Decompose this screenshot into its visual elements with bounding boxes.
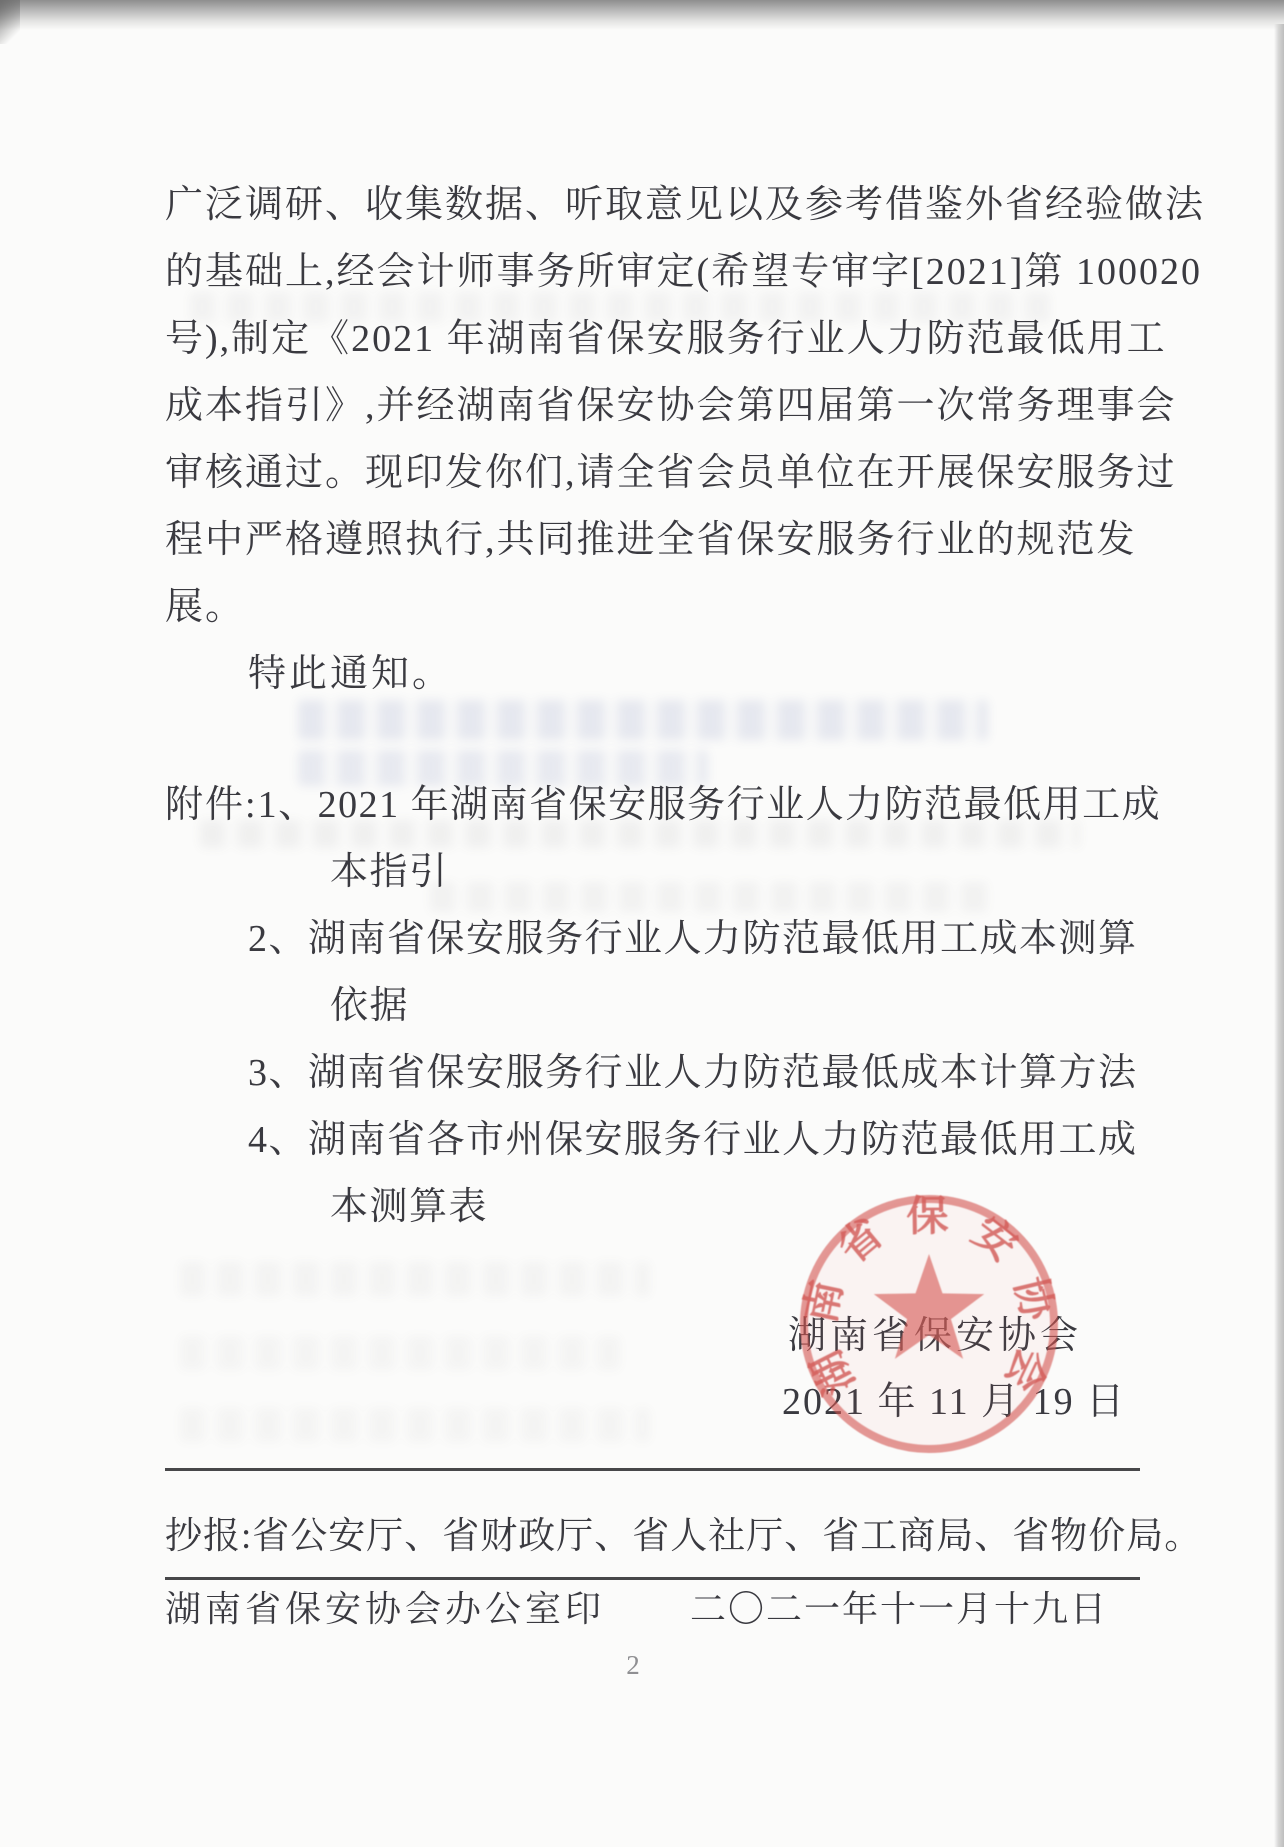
attachment-item-4-line-2: 本测算表 — [165, 1174, 1125, 1241]
issuing-office-line: 湖南省保安协会办公室印 — [165, 1585, 605, 1633]
body-line: 审核通过。现印发你们,请全省会员单位在开展保安服务过 — [165, 440, 1095, 507]
scan-edge-right — [1274, 24, 1284, 1847]
body-paragraph: 广泛调研、收集数据、听取意见以及参考借鉴外省经验做法 的基础上,经会计师事务所审… — [165, 172, 1095, 641]
body-line: 号),制定《2021 年湖南省保安服务行业人力防范最低用工 — [165, 306, 1095, 373]
bleed-through-artifact — [180, 1262, 650, 1296]
attachment-item-3: 3、湖南省保安服务行业人力防范最低成本计算方法 — [165, 1040, 1125, 1107]
page-number: 2 — [165, 1650, 1101, 1681]
attachment-item-2: 2、湖南省保安服务行业人力防范最低用工成本测算 — [165, 906, 1125, 973]
scan-edge-top — [0, 0, 1284, 30]
body-line: 广泛调研、收集数据、听取意见以及参考借鉴外省经验做法 — [165, 172, 1095, 239]
body-line: 的基础上,经会计师事务所审定(希望专审字[2021]第 100020 — [165, 239, 1095, 306]
scan-edge-top-left-corner — [0, 0, 20, 44]
signature-organization: 湖南省保安协会 — [788, 1312, 1082, 1360]
footer-divider-top — [165, 1468, 1140, 1471]
bleed-through-artifact — [180, 1336, 620, 1370]
attachment-item-1-line-1: 1、2021 年湖南省保安服务行业人力防范最低用工成 — [258, 784, 1162, 826]
cc-recipients-line: 抄报:省公安厅、省财政厅、省人社厅、省工商局、省物价局。 — [165, 1513, 1202, 1561]
attachment-item-1-line-2: 本指引 — [165, 839, 1125, 906]
notice-statement: 特此通知。 — [248, 641, 453, 708]
issuing-date-line: 二〇二一年十一月十九日 — [690, 1585, 1108, 1633]
body-line: 程中严格遵照执行,共同推进全省保安服务行业的规范发 — [165, 507, 1095, 574]
body-line: 展。 — [165, 574, 1095, 641]
attachment-item-1: 附件:1、2021 年湖南省保安服务行业人力防范最低用工成 — [165, 772, 1125, 839]
body-line: 成本指引》,并经湖南省保安协会第四届第一次常务理事会 — [165, 373, 1095, 440]
scanned-document-page: 广泛调研、收集数据、听取意见以及参考借鉴外省经验做法 的基础上,经会计师事务所审… — [0, 0, 1284, 1847]
attachments-label: 附件: — [165, 784, 258, 826]
bleed-through-artifact — [180, 1408, 650, 1442]
attachment-item-2-line-2: 依据 — [165, 973, 1125, 1040]
footer-divider-bottom — [165, 1577, 1140, 1580]
signature-date: 2021 年 11 月 19 日 — [782, 1378, 1126, 1426]
attachments-list: 附件:1、2021 年湖南省保安服务行业人力防范最低用工成 本指引 2、湖南省保… — [165, 772, 1125, 1241]
attachment-item-4: 4、湖南省各市州保安服务行业人力防范最低用工成 — [165, 1107, 1125, 1174]
